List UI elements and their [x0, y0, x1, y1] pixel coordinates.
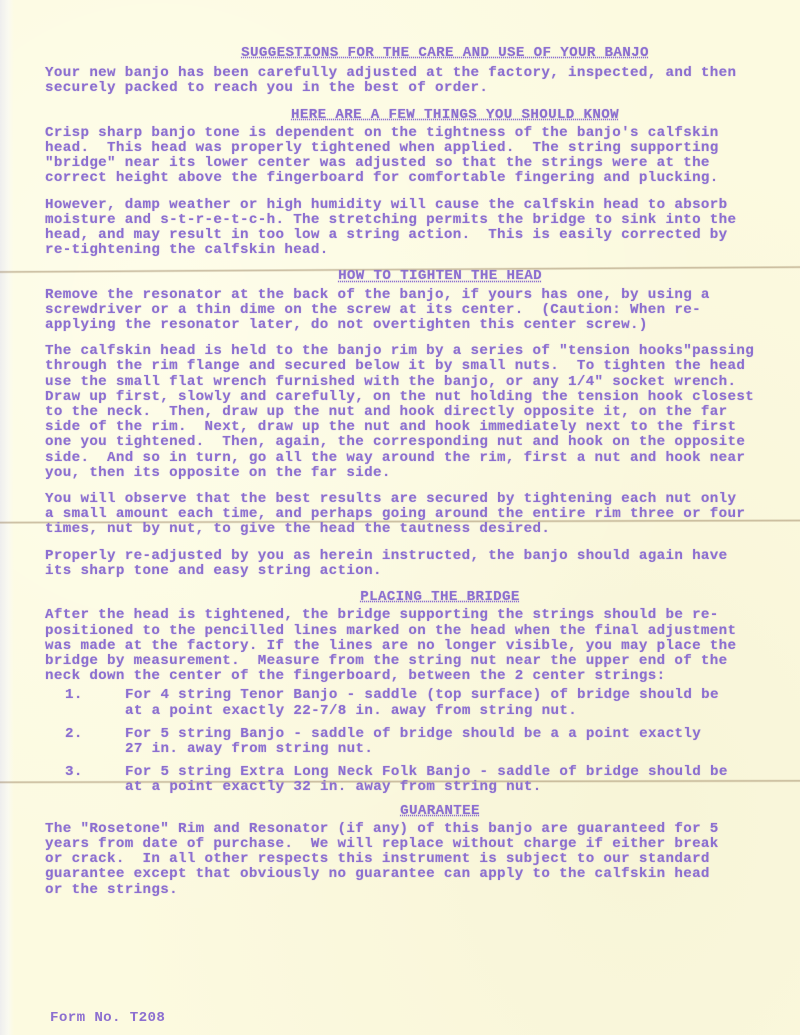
paper-edge	[0, 0, 14, 1035]
list-item: 1. For 4 string Tenor Banjo - saddle (to…	[45, 688, 775, 718]
paragraph: The "Rosetone" Rim and Resonator (if any…	[45, 822, 775, 898]
paragraph: After the head is tightened, the bridge …	[45, 608, 775, 684]
text-line: side. And so in turn, go all the way aro…	[45, 451, 775, 466]
text-line: neck down the center of the fingerboard,…	[45, 669, 775, 684]
text-line: or the strings.	[45, 883, 775, 898]
text-line: times, nut by nut, to give the head the …	[45, 522, 775, 537]
text-line: Draw up first, slowly and carefully, on …	[45, 390, 775, 405]
document-title: SUGGESTIONS FOR THE CARE AND USE OF YOUR…	[45, 46, 775, 61]
text-line: re-tightening the calfskin head.	[45, 243, 775, 258]
text-line: one you tightened. Then, again, the corr…	[45, 435, 775, 450]
intro-paragraph: Your new banjo has been carefully adjust…	[45, 66, 775, 96]
text-line: For 5 string Banjo - saddle of bridge sh…	[125, 727, 701, 742]
text-line: Remove the resonator at the back of the …	[45, 288, 775, 303]
text-line: head. This head was properly tightened w…	[45, 141, 775, 156]
text-line: bridge by measurement. Measure from the …	[45, 654, 775, 669]
text-line: The "Rosetone" Rim and Resonator (if any…	[45, 822, 775, 837]
list-number: 1.	[45, 688, 125, 718]
text-line: at a point exactly 22-7/8 in. away from …	[125, 704, 719, 719]
text-line: through the rim flange and secured below…	[45, 359, 775, 374]
list-number: 2.	[45, 727, 125, 757]
list-number: 3.	[45, 765, 125, 795]
text-line: applying the resonator later, do not ove…	[45, 318, 775, 333]
list-item-body: For 5 string Banjo - saddle of bridge sh…	[125, 727, 701, 757]
text-line: For 4 string Tenor Banjo - saddle (top s…	[125, 688, 719, 703]
text-line: years from date of purchase. We will rep…	[45, 837, 775, 852]
section-heading-things-to-know: HERE ARE A FEW THINGS YOU SHOULD KNOW	[45, 108, 775, 123]
paragraph: The calfskin head is held to the banjo r…	[45, 344, 775, 481]
section-heading-guarantee: GUARANTEE	[45, 804, 775, 819]
text-line: head, and may result in too low a string…	[45, 228, 775, 243]
text-line: positioned to the pencilled lines marked…	[45, 624, 775, 639]
list-item: 2. For 5 string Banjo - saddle of bridge…	[45, 727, 775, 757]
list-item-body: For 4 string Tenor Banjo - saddle (top s…	[125, 688, 719, 718]
section-heading-placing-bridge: PLACING THE BRIDGE	[45, 590, 775, 605]
text-line: Crisp sharp banjo tone is dependent on t…	[45, 126, 775, 141]
text-line: Properly re-adjusted by you as herein in…	[45, 549, 775, 564]
paragraph: However, damp weather or high humidity w…	[45, 198, 775, 259]
text-line: You will observe that the best results a…	[45, 492, 775, 507]
text-line: was made at the factory. If the lines ar…	[45, 639, 775, 654]
text-line: correct height above the fingerboard for…	[45, 171, 775, 186]
text-line: After the head is tightened, the bridge …	[45, 608, 775, 623]
text-line: to the neck. Then, draw up the nut and h…	[45, 405, 775, 420]
paragraph: Properly re-adjusted by you as herein in…	[45, 549, 775, 579]
text-line: use the small flat wrench furnished with…	[45, 375, 775, 390]
text-line: securely packed to reach you in the best…	[45, 81, 775, 96]
list-item-body: For 5 string Extra Long Neck Folk Banjo …	[125, 765, 728, 795]
text-line: at a point exactly 32 in. away from stri…	[125, 780, 728, 795]
text-line: guarantee except that obviously no guara…	[45, 867, 775, 882]
form-number: Form No. T208	[50, 1010, 165, 1026]
text-line: 27 in. away from string nut.	[125, 742, 701, 757]
text-line: moisture and s-t-r-e-t-c-h. The stretchi…	[45, 213, 775, 228]
paragraph: Remove the resonator at the back of the …	[45, 288, 775, 334]
text-line: screwdriver or a thin dime on the screw …	[45, 303, 775, 318]
text-line: you, then its opposite on the far side.	[45, 466, 775, 481]
paragraph: You will observe that the best results a…	[45, 492, 775, 538]
typed-document: SUGGESTIONS FOR THE CARE AND USE OF YOUR…	[45, 46, 775, 909]
list-item: 3. For 5 string Extra Long Neck Folk Ban…	[45, 765, 775, 795]
bridge-measurement-list: 1. For 4 string Tenor Banjo - saddle (to…	[45, 688, 775, 795]
section-heading-tighten-head: HOW TO TIGHTEN THE HEAD	[45, 269, 775, 284]
text-line: its sharp tone and easy string action.	[45, 564, 775, 579]
text-line: However, damp weather or high humidity w…	[45, 198, 775, 213]
paragraph: Crisp sharp banjo tone is dependent on t…	[45, 126, 775, 187]
